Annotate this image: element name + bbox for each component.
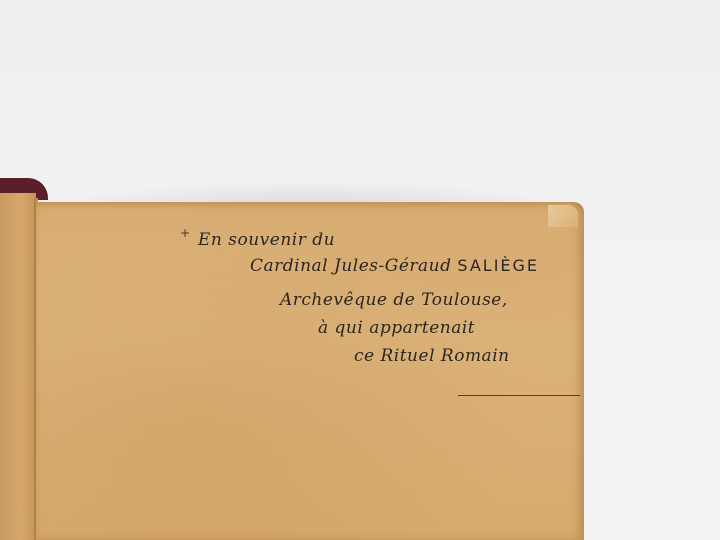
worn-page-corner (548, 205, 578, 227)
inscription-line-1: En souvenir du (198, 230, 335, 250)
cross-mark: + (180, 226, 190, 240)
inscription-line-3: Archevêque de Toulouse, (280, 290, 508, 310)
pencil-rule-line (458, 395, 580, 396)
inscription-name: Cardinal Jules-Géraud (250, 256, 451, 276)
left-page-edge (0, 193, 36, 540)
book-page (36, 202, 584, 540)
inscription-line-2: Cardinal Jules-Géraud SALIÈGE (250, 256, 539, 276)
inscription-line-4: à qui appartenait (318, 318, 475, 338)
inscription-surname: SALIÈGE (457, 256, 539, 275)
inscription-line-5: ce Rituel Romain (354, 346, 510, 366)
